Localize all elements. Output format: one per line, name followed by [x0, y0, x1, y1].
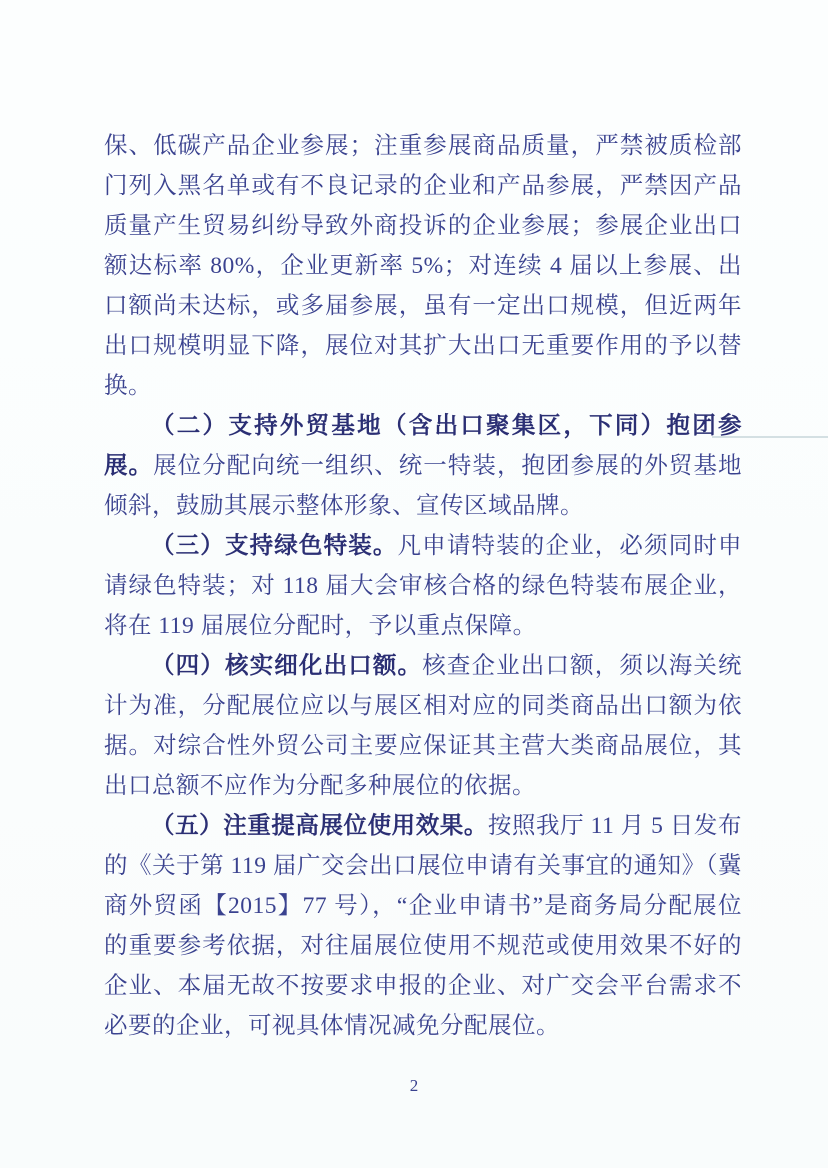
paragraph-item-3: （三）支持绿色特装。凡申请特装的企业，必须同时申请绿色特装；对 118 届大会审…	[104, 526, 742, 646]
page-number: 2	[0, 1076, 828, 1096]
paragraph-text: 展位分配向统一组织、统一特装，抱团参展的外贸基地倾斜，鼓励其展示整体形象、宣传区…	[104, 453, 742, 519]
paragraph-heading: （三）支持绿色特装。	[151, 533, 398, 559]
paragraph-item-2: （二）支持外贸基地（含出口聚集区，下同）抱团参展。展位分配向统一组织、统一特装，…	[104, 406, 742, 526]
paragraph-continuation: 保、低碳产品企业参展；注重参展商品质量，严禁被质检部门列入黑名单或有不良记录的企…	[104, 126, 742, 406]
paragraph-item-4: （四）核实细化出口额。核查企业出口额，须以海关统计为准，分配展位应以与展区相对应…	[104, 646, 742, 806]
scan-artifact-line	[712, 436, 828, 438]
document-body: 保、低碳产品企业参展；注重参展商品质量，严禁被质检部门列入黑名单或有不良记录的企…	[104, 126, 742, 1046]
paragraph-heading: （四）核实细化出口额。	[151, 653, 422, 679]
paragraph-text: 按照我厅 11 月 5 日发布的《关于第 119 届广交会出口展位申请有关事宜的…	[104, 813, 742, 1039]
paragraph-text: 保、低碳产品企业参展；注重参展商品质量，严禁被质检部门列入黑名单或有不良记录的企…	[104, 133, 742, 399]
document-page: 保、低碳产品企业参展；注重参展商品质量，严禁被质检部门列入黑名单或有不良记录的企…	[0, 0, 828, 1168]
paragraph-heading: （五）注重提高展位使用效果。	[151, 813, 488, 839]
paragraph-item-5: （五）注重提高展位使用效果。按照我厅 11 月 5 日发布的《关于第 119 届…	[104, 806, 742, 1046]
